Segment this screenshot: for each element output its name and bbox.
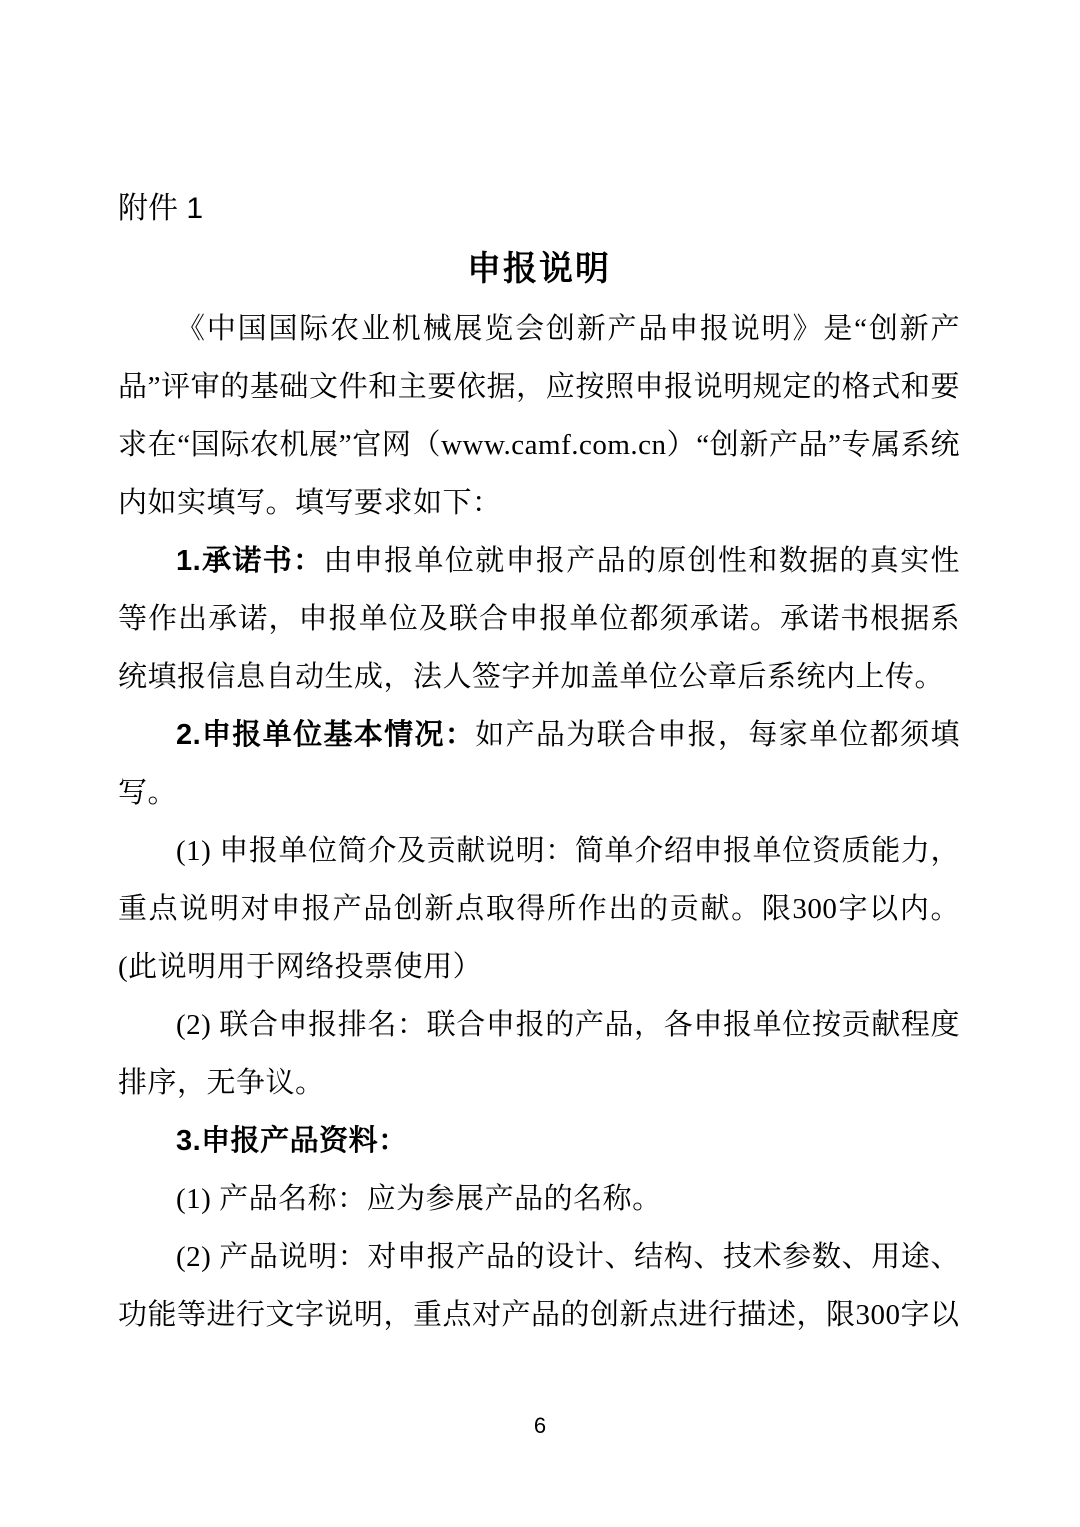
paragraph-product-description: (2) 产品说明：对申报产品的设计、结构、技术参数、用途、功能等进行文字说明，重… [118, 1228, 960, 1344]
text-run: (2) 产品说明：对申报产品的设计、结构、技术参数、用途、功能等进行文字说明，重… [118, 1241, 960, 1331]
paragraph-product-materials-heading: 3.申报产品资料： [118, 1112, 960, 1170]
paragraph-unit-intro: (1) 申报单位简介及贡献说明：简单介绍申报单位资质能力，重点说明对申报产品创新… [118, 822, 960, 996]
document-content: 附件 1 申报说明 《中国国际农业机械展览会创新产品申报说明》是“创新产品”评审… [118, 180, 960, 1344]
text-run: (1) 申报单位简介及贡献说明：简单介绍申报单位资质能力，重点说明对申报产品创新… [118, 835, 960, 983]
text-run: 《中国国际农业机械展览会创新产品申报说明》是“创新产品”评审的基础文件和主要依据… [118, 313, 960, 519]
paragraph-commitment: 1.承诺书：由申报单位就申报产品的原创性和数据的真实性等作出承诺，申报单位及联合… [118, 532, 960, 706]
text-run: (2) 联合申报排名：联合申报的产品，各申报单位按贡献程度排序，无争议。 [118, 1009, 960, 1099]
text-run: (1) 产品名称：应为参展产品的名称。 [176, 1183, 662, 1215]
paragraph-joint-ranking: (2) 联合申报排名：联合申报的产品，各申报单位按贡献程度排序，无争议。 [118, 996, 960, 1112]
document-title: 申报说明 [118, 238, 960, 300]
attachment-label: 附件 1 [118, 180, 960, 238]
page-number: 6 [0, 1413, 1080, 1439]
paragraph-unit-basic-info: 2.申报单位基本情况：如产品为联合申报，每家单位都须填写。 [118, 706, 960, 822]
bold-run: 1.承诺书： [176, 545, 323, 577]
paragraph-intro: 《中国国际农业机械展览会创新产品申报说明》是“创新产品”评审的基础文件和主要依据… [118, 300, 960, 532]
bold-run: 2.申报单位基本情况： [176, 719, 475, 751]
document-page: 附件 1 申报说明 《中国国际农业机械展览会创新产品申报说明》是“创新产品”评审… [0, 0, 1080, 1527]
bold-run: 3.申报产品资料： [176, 1125, 408, 1157]
paragraph-product-name: (1) 产品名称：应为参展产品的名称。 [118, 1170, 960, 1228]
